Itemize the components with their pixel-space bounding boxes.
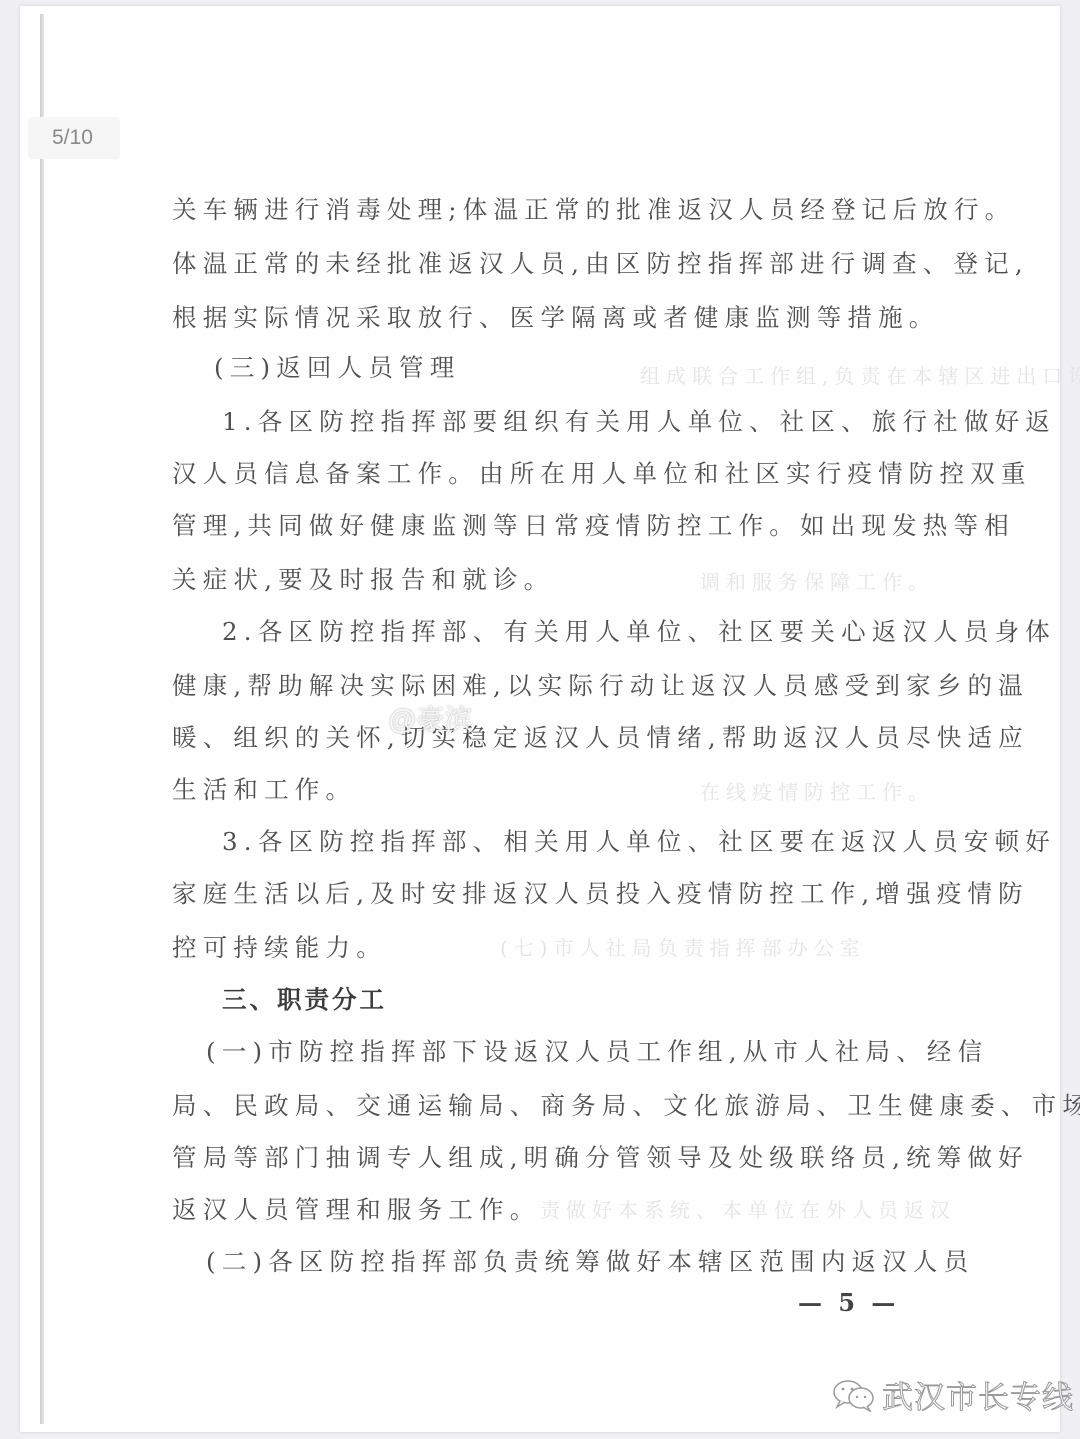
paragraph-line: 管理,共同做好健康监测等日常疫情防控工作。如出现发热等相 (172, 508, 942, 544)
wechat-account-name: 武汉市长专线 (882, 1372, 1074, 1417)
paragraph-line: (二)各区防控指挥部负责统筹做好本辖区范围内返汉人员 (206, 1244, 976, 1280)
paragraph-line: 关车辆进行消毒处理;体温正常的批准返汉人员经登记后放行。 (172, 192, 942, 228)
user-watermark: @豪滨 (388, 698, 472, 738)
page-indicator: 5/10 (28, 117, 120, 159)
paragraph-line: 健康,帮助解决实际困难,以实际行动让返汉人员感受到家乡的温 (172, 668, 942, 704)
wechat-watermark: 武汉市长专线 (832, 1372, 1074, 1417)
wechat-icon (832, 1378, 876, 1412)
paragraph-line: 体温正常的未经批准返汉人员,由区防控指挥部进行调查、登记, (172, 246, 942, 282)
paragraph-line: 生活和工作。 (172, 772, 942, 808)
paragraph-line: 控可持续能力。 (172, 930, 942, 966)
section-heading: 三、职责分工 (222, 982, 992, 1018)
paragraph-line: 家庭生活以后,及时安排返汉人员投入疫情防控工作,增强疫情防 (172, 876, 942, 912)
page-number: — 5 — (798, 1288, 899, 1317)
paragraph-line: 3.各区防控指挥部、相关用人单位、社区要在返汉人员安顿好 (222, 824, 992, 860)
section-subheading: (三)返回人员管理 (214, 350, 984, 386)
paragraph-line: 关症状,要及时报告和就诊。 (172, 562, 942, 598)
paragraph-line: 根据实际情况采取放行、医学隔离或者健康监测等措施。 (172, 300, 942, 336)
paragraph-line: (一)市防控指挥部下设返汉人员工作组,从市人社局、经信 (206, 1034, 976, 1070)
paragraph-line: 暖、组织的关怀,切实稳定返汉人员情绪,帮助返汉人员尽快适应 (172, 720, 942, 756)
paragraph-line: 局、民政局、交通运输局、商务局、文化旅游局、卫生健康委、市场监 (172, 1088, 942, 1124)
paragraph-line: 2.各区防控指挥部、有关用人单位、社区要关心返汉人员身体 (222, 614, 992, 650)
paragraph-line: 返汉人员管理和服务工作。 (172, 1192, 942, 1228)
page-binding-line (40, 14, 44, 1424)
paragraph-line: 汉人员信息备案工作。由所在用人单位和社区实行疫情防控双重 (172, 456, 942, 492)
paragraph-line: 管局等部门抽调专人组成,明确分管领导及处级联络员,统筹做好 (172, 1140, 942, 1176)
paragraph-line: 1.各区防控指挥部要组织有关用人单位、社区、旅行社做好返 (222, 404, 992, 440)
